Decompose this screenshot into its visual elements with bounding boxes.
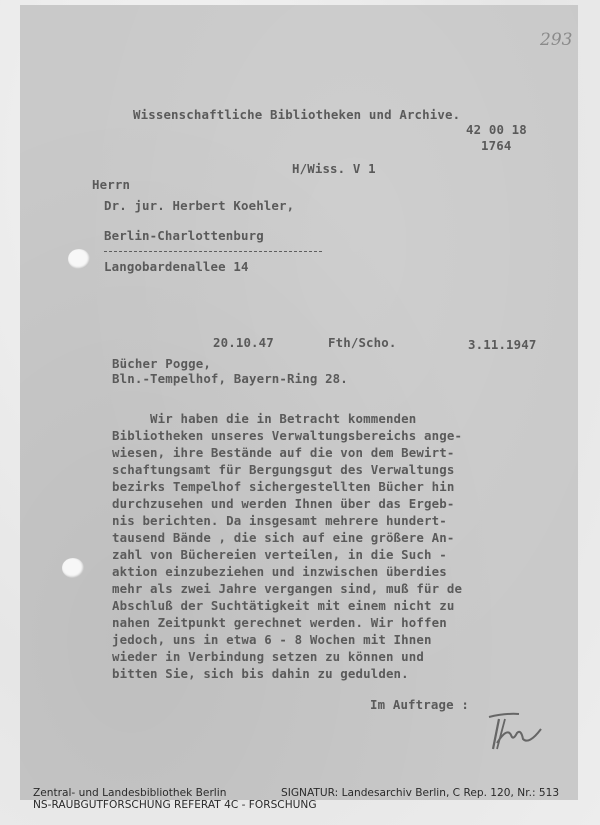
body-line: nahen Zeitpunkt gerechnet werden. Wir ho… [112, 615, 447, 632]
handwritten-signature [485, 705, 545, 755]
body-line: Abschluß der Suchtätigkeit mit einem nic… [112, 598, 454, 615]
body-line: jedoch, uns in etwa 6 - 8 Wochen mit Ihn… [112, 632, 432, 649]
letterhead-organization: Wissenschaftliche Bibliotheken und Archi… [133, 107, 460, 124]
reference-code: H/Wiss. V 1 [292, 161, 376, 178]
body-line: nis berichten. Da insgesamt mehrere hund… [112, 513, 447, 530]
address-underline [104, 251, 322, 252]
body-line: tausend Bände , die sich auf eine größer… [112, 530, 454, 547]
footer-department: NS-RAUBGUTFORSCHUNG REFERAT 4C - FORSCHU… [33, 799, 317, 811]
body-line: wieder in Verbindung setzen zu können un… [112, 649, 424, 666]
footer-institution: Zentral- und Landesbibliothek Berlin [33, 787, 226, 799]
their-letter-date: 20.10.47 [213, 335, 274, 352]
recipient-city: Berlin-Charlottenburg [104, 228, 264, 245]
handwritten-page-number: 293 [540, 30, 572, 50]
body-line: aktion einzubeziehen und inzwischen über… [112, 564, 447, 581]
body-line: wiesen, ihre Bestände auf die von dem Be… [112, 445, 454, 462]
body-line: bezirks Tempelhof sichergestellten Büche… [112, 479, 454, 496]
body-line: schaftungsamt für Bergungsgut des Verwal… [112, 462, 454, 479]
letter-date: 3.11.1947 [468, 337, 537, 354]
body-line: bitten Sie, sich bis dahin zu gedulden. [112, 666, 409, 683]
letterhead-phone: 42 00 18 [466, 122, 527, 139]
recipient-street: Langobardenallee 14 [104, 259, 249, 276]
body-line: mehr als zwei Jahre vergangen sind, muß … [112, 581, 462, 598]
subject-line-2: Bln.-Tempelhof, Bayern-Ring 28. [112, 371, 348, 388]
punch-hole [68, 249, 90, 269]
body-line: Wir haben die in Betracht kommenden [112, 411, 416, 428]
recipient-salutation: Herrn [92, 177, 130, 194]
closing-phrase: Im Auftrage : [370, 697, 469, 714]
body-line: durchzusehen und werden Ihnen über das E… [112, 496, 454, 513]
their-reference: Fth/Scho. [328, 335, 397, 352]
recipient-name: Dr. jur. Herbert Koehler, [104, 198, 294, 215]
body-line: zahl von Büchereien verteilen, in die Su… [112, 547, 447, 564]
letterhead-extension: 1764 [481, 138, 511, 155]
punch-hole [62, 558, 84, 578]
footer-signature-reference: SIGNATUR: Landesarchiv Berlin, C Rep. 12… [281, 787, 559, 799]
body-line: Bibliotheken unseres Verwaltungsbereichs… [112, 428, 462, 445]
